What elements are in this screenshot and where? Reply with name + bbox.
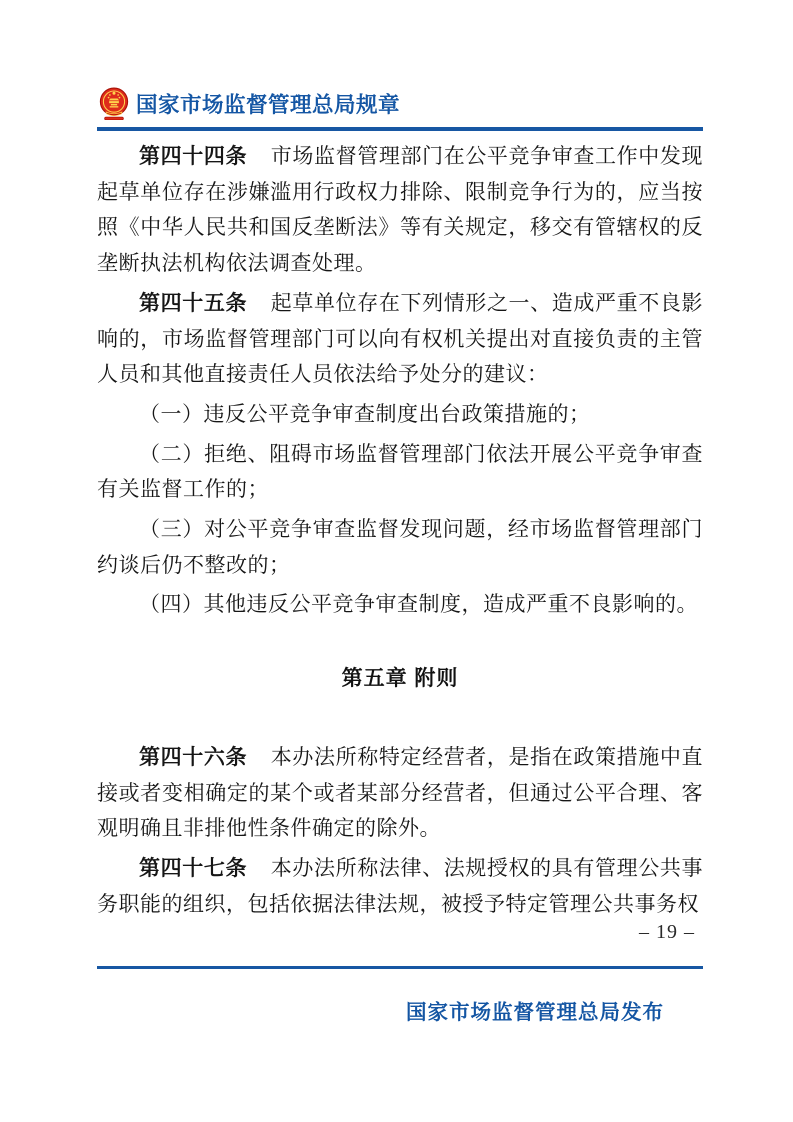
document-page: 国家市场监督管理总局规章 第四十四条 市场监督管理部门在公平竞争审查工作中发现起…	[0, 0, 793, 1122]
article-44-paragraph: 第四十四条 市场监督管理部门在公平竞争审查工作中发现起草单位存在涉嫌滥用行政权力…	[97, 139, 703, 282]
chapter-heading: 第五章 附则	[97, 661, 703, 697]
footer-rule	[97, 966, 703, 969]
footer-publisher: 国家市场监督管理总局发布	[406, 995, 664, 1025]
article-45-item-2: （二）拒绝、阻碍市场监督管理部门依法开展公平竞争审查有关监督工作的；	[97, 437, 703, 508]
item-2-text: （二）拒绝、阻碍市场监督管理部门依法开展公平竞争审查有关监督工作的；	[97, 442, 703, 502]
article-45-item-3: （三）对公平竞争审查监督发现问题，经市场监督管理部门约谈后仍不整改的；	[97, 512, 703, 583]
article-47-number: 第四十七条	[139, 856, 247, 880]
article-45-item-4: （四）其他违反公平竞争审查制度，造成严重不良影响的。	[97, 587, 703, 623]
article-45-number: 第四十五条	[139, 291, 247, 315]
page-number: – 19 –	[97, 921, 703, 944]
article-46-paragraph: 第四十六条 本办法所称特定经营者，是指在政策措施中直接或者变相确定的某个或者某部…	[97, 740, 703, 847]
item-1-text: （一）违反公平竞争审查制度出台政策措施的；	[139, 402, 591, 426]
china-national-emblem-icon	[99, 86, 129, 120]
article-44-number: 第四十四条	[139, 144, 247, 168]
article-45-paragraph: 第四十五条 起草单位存在下列情形之一、造成严重不良影响的，市场监督管理部门可以向…	[97, 286, 703, 393]
header-title: 国家市场监督管理总局规章	[136, 88, 400, 119]
page-header: 国家市场监督管理总局规章	[99, 86, 400, 120]
header-rule	[97, 127, 703, 131]
article-45-item-1: （一）违反公平竞争审查制度出台政策措施的；	[97, 397, 703, 433]
article-47-paragraph: 第四十七条 本办法所称法律、法规授权的具有管理公共事务职能的组织，包括依据法律法…	[97, 851, 703, 922]
item-4-text: （四）其他违反公平竞争审查制度，造成严重不良影响的。	[139, 592, 698, 616]
document-body: 第四十四条 市场监督管理部门在公平竞争审查工作中发现起草单位存在涉嫌滥用行政权力…	[97, 139, 703, 926]
item-3-text: （三）对公平竞争审查监督发现问题，经市场监督管理部门约谈后仍不整改的；	[97, 517, 703, 577]
article-46-number: 第四十六条	[139, 745, 247, 769]
